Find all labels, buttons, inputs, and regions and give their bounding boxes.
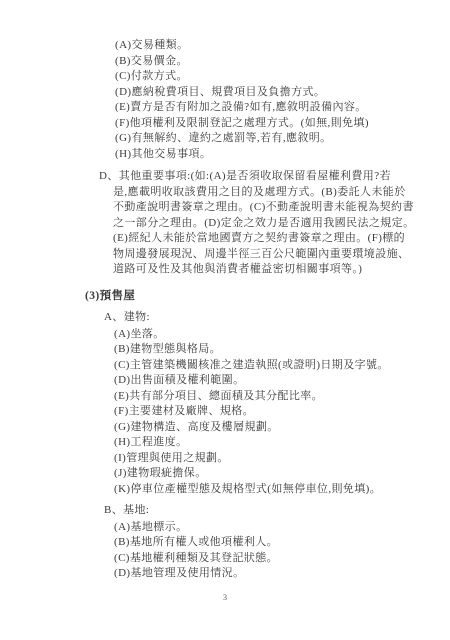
- text-line: (E)經紀人未能於當地國賣方之契約書簽章之理由。(F)標的: [113, 231, 450, 247]
- document-body: (A)交易種類。(B)交易價金。(C)付款方式。(D)應納稅費項目、規費項目及負…: [0, 0, 450, 582]
- text-line: (G)有無解約、違約之處罰等,若有,應敘明。: [115, 131, 450, 147]
- subheading-building: A、建物:: [0, 310, 450, 326]
- page-number: 3: [223, 593, 227, 602]
- text-line: 是,應載明收取該費用之目的及處理方式。(B)委託人未能於: [113, 185, 450, 201]
- text-line: (D)基地管理及使用情況。: [114, 566, 450, 582]
- text-line: 之一部分之理由。(D)定金之效力是否適用我國民法之規定。: [113, 216, 450, 232]
- document-page: (A)交易種類。(B)交易價金。(C)付款方式。(D)應納稅費項目、規費項目及負…: [0, 0, 450, 640]
- text-line: (A)坐落。: [114, 327, 450, 343]
- other-important-matters-paragraph: D、其他重要事項:(如:(A)是否須收取保留看屋權利費用?若是,應載明收取該費用…: [0, 169, 450, 278]
- text-line: 道路可及性及其他與消費者權益密切相關事項等。): [113, 262, 450, 278]
- text-line: (F)他項權利及限制登記之處理方式。(如無,則免填): [115, 116, 450, 132]
- text-line: (C)基地權利種類及其登記狀態。: [114, 551, 450, 567]
- text-line: (C)付款方式。: [115, 69, 450, 85]
- text-line: D、其他重要事項:(如:(A)是否須收取保留看屋權利費用?若: [99, 169, 450, 185]
- page-footer: 3: [0, 587, 450, 605]
- text-line: (K)停車位產權型態及規格型式(如無停車位,則免填)。: [114, 482, 450, 498]
- text-line: (D)應納稅費項目、規費項目及負擔方式。: [115, 85, 450, 101]
- text-line: (H)其他交易事項。: [115, 147, 450, 163]
- text-line: (3)預售屋: [85, 289, 450, 305]
- text-line: (C)主管建築機關核准之建造執照(或證明)日期及字號。: [114, 358, 450, 374]
- text-line: (E)賣方是否有附加之設備?如有,應敘明設備內容。: [115, 100, 450, 116]
- text-line: (G)建物構造、高度及樓層規劃。: [114, 420, 450, 436]
- text-line: (A)基地標示。: [114, 520, 450, 536]
- text-line: (F)主要建材及廠牌、規格。: [114, 404, 450, 420]
- text-line: (B)交易價金。: [115, 54, 450, 70]
- text-line: (E)共有部分項目、總面積及其分配比率。: [114, 389, 450, 405]
- text-line: (B)建物型態與格局。: [114, 342, 450, 358]
- text-line: 物周邊發展現況、周邊半徑三百公尺範圍內重要環境設施、: [113, 247, 450, 263]
- text-line: (D)出售面積及權利範圍。: [114, 373, 450, 389]
- site-items: (A)基地標示。(B)基地所有權人或他項權利人。(C)基地權利種類及其登記狀態。…: [0, 520, 450, 582]
- text-line: (H)工程進度。: [114, 435, 450, 451]
- text-line: (A)交易種類。: [115, 38, 450, 54]
- transaction-items: (A)交易種類。(B)交易價金。(C)付款方式。(D)應納稅費項目、規費項目及負…: [0, 38, 450, 162]
- text-line: (J)建物瑕疵擔保。: [114, 466, 450, 482]
- section-heading-presale-house: (3)預售屋: [0, 289, 450, 305]
- text-line: B、基地:: [104, 503, 450, 519]
- text-line: A、建物:: [104, 310, 450, 326]
- subheading-site: B、基地:: [0, 503, 450, 519]
- text-line: (B)基地所有權人或他項權利人。: [114, 535, 450, 551]
- text-line: 不動產說明書簽章之理由。(C)不動產說明書未能視為契約書: [113, 200, 450, 216]
- building-items: (A)坐落。(B)建物型態與格局。(C)主管建築機關核准之建造執照(或證明)日期…: [0, 327, 450, 498]
- text-line: (I)管理與使用之規劃。: [114, 451, 450, 467]
